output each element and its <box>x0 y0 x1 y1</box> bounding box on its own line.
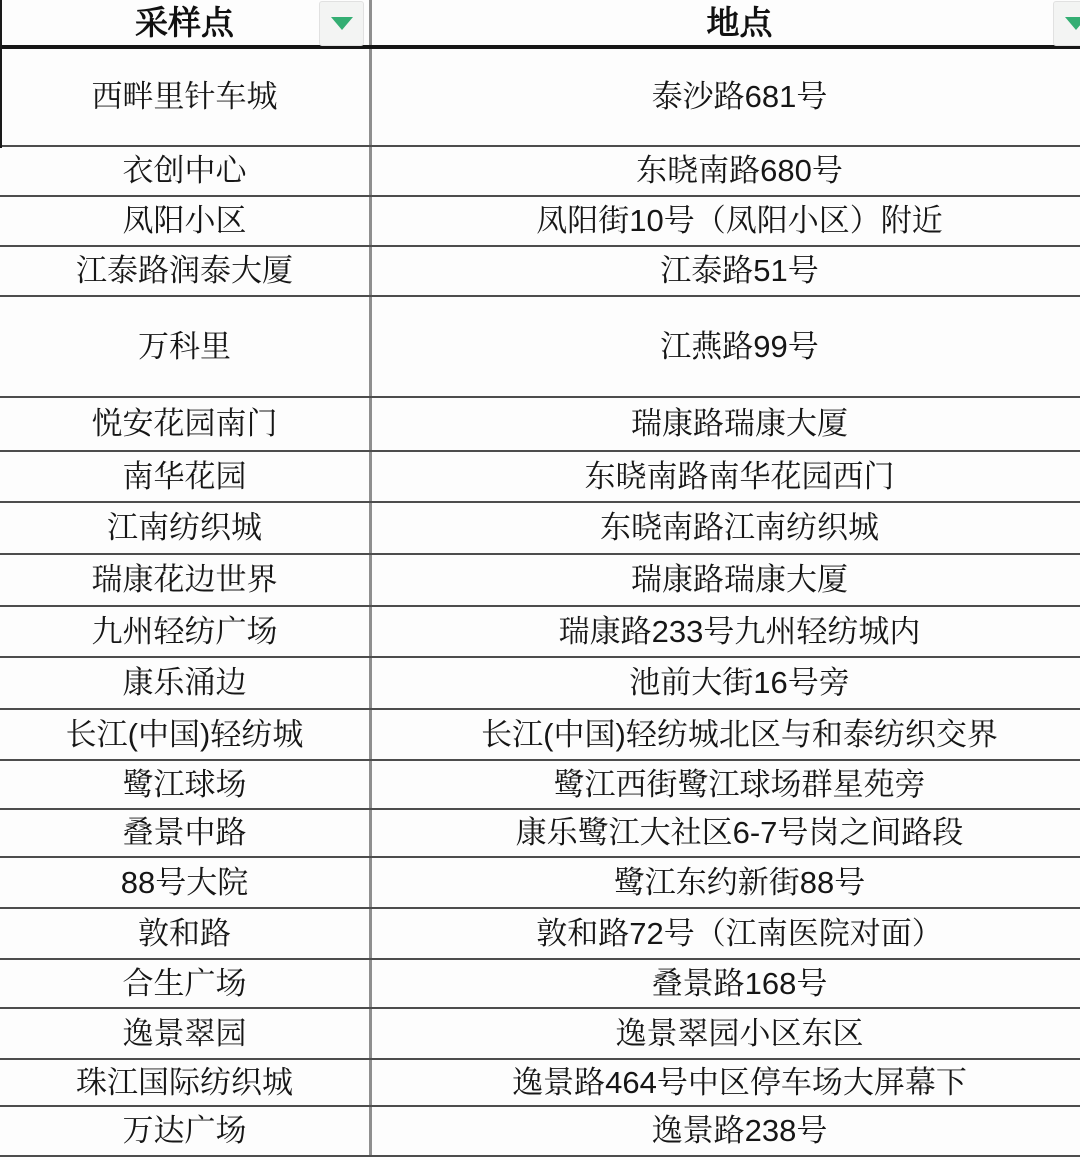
spreadsheet-viewport: 采样点 地点 西畔里针车城 泰沙路681号 衣创中心 东晓南路68 <box>0 0 1080 1160</box>
sampling-point-text: 瑞康花边世界 <box>92 562 278 598</box>
location-text: 东晓南路江南纺织城 <box>600 510 879 546</box>
location-cell[interactable]: 瑞康路瑞康大厦 <box>369 555 1080 605</box>
table-row: 西畔里针车城 泰沙路681号 <box>0 49 1080 147</box>
sampling-point-text: 西畔里针车城 <box>92 79 278 115</box>
location-cell[interactable]: 东晓南路南华花园西门 <box>369 452 1080 501</box>
sampling-point-cell[interactable]: 鹭江球场 <box>0 761 369 808</box>
location-text: 凤阳街10号（凤阳小区）附近 <box>536 203 942 239</box>
header-cell-location[interactable]: 地点 <box>369 0 1080 45</box>
location-text: 池前大街16号旁 <box>629 665 849 701</box>
location-cell[interactable]: 逸景翠园小区东区 <box>369 1009 1080 1058</box>
sampling-point-text: 敦和路 <box>138 916 231 952</box>
sampling-point-text: 珠江国际纺织城 <box>76 1065 293 1101</box>
table-row: 瑞康花边世界 瑞康路瑞康大厦 <box>0 555 1080 607</box>
filter-dropdown-button-location[interactable] <box>1053 1 1080 46</box>
location-text: 瑞康路瑞康大厦 <box>631 406 848 442</box>
sampling-point-cell[interactable]: 康乐涌边 <box>0 658 369 708</box>
table-row: 88号大院 鹭江东约新街88号 <box>0 858 1080 909</box>
table-header-row: 采样点 地点 <box>0 0 1080 49</box>
sampling-point-cell[interactable]: 西畔里针车城 <box>0 49 369 145</box>
column-header-label-location: 地点 <box>707 4 773 42</box>
location-text: 鹭江西街鹭江球场群星苑旁 <box>554 767 926 803</box>
location-text: 逸景路464号中区停车场大屏幕下 <box>512 1065 967 1101</box>
sampling-points-table: 采样点 地点 西畔里针车城 泰沙路681号 衣创中心 东晓南路68 <box>0 0 1080 1157</box>
sampling-point-cell[interactable]: 长江(中国)轻纺城 <box>0 710 369 759</box>
sampling-point-cell[interactable]: 凤阳小区 <box>0 197 369 245</box>
location-cell[interactable]: 叠景路168号 <box>369 960 1080 1007</box>
location-text: 泰沙路681号 <box>652 79 828 115</box>
table-row: 鹭江球场 鹭江西街鹭江球场群星苑旁 <box>0 761 1080 810</box>
filter-dropdown-button-sampling-point[interactable] <box>319 1 364 46</box>
sampling-point-text: 万达广场 <box>123 1113 247 1149</box>
sampling-point-text: 南华花园 <box>123 459 247 495</box>
table-row: 九州轻纺广场 瑞康路233号九州轻纺城内 <box>0 607 1080 658</box>
table-left-border <box>0 0 2 148</box>
location-cell[interactable]: 敦和路72号（江南医院对面） <box>369 909 1080 958</box>
table-row: 江泰路润泰大厦 江泰路51号 <box>0 247 1080 297</box>
sampling-point-text: 鹭江球场 <box>123 767 247 803</box>
sampling-point-text: 九州轻纺广场 <box>92 614 278 650</box>
sampling-point-text: 长江(中国)轻纺城 <box>66 717 304 753</box>
sampling-point-text: 叠景中路 <box>123 815 247 851</box>
sampling-point-cell[interactable]: 悦安花园南门 <box>0 398 369 450</box>
sampling-point-cell[interactable]: 88号大院 <box>0 858 369 907</box>
sampling-point-text: 衣创中心 <box>123 153 247 189</box>
location-text: 逸景路238号 <box>652 1113 828 1149</box>
sampling-point-cell[interactable]: 江泰路润泰大厦 <box>0 247 369 295</box>
sampling-point-text: 悦安花园南门 <box>92 406 278 442</box>
sampling-point-cell[interactable]: 瑞康花边世界 <box>0 555 369 605</box>
table-body: 西畔里针车城 泰沙路681号 衣创中心 东晓南路680号 凤阳小区 凤阳街10号… <box>0 49 1080 1157</box>
location-cell[interactable]: 鹭江东约新街88号 <box>369 858 1080 907</box>
sampling-point-text: 凤阳小区 <box>123 203 247 239</box>
table-row: 万科里 江燕路99号 <box>0 297 1080 398</box>
table-row: 悦安花园南门 瑞康路瑞康大厦 <box>0 398 1080 452</box>
table-row: 逸景翠园 逸景翠园小区东区 <box>0 1009 1080 1060</box>
location-cell[interactable]: 江燕路99号 <box>369 297 1080 396</box>
column-header-label-sampling-point: 采样点 <box>135 4 234 42</box>
sampling-point-cell[interactable]: 衣创中心 <box>0 147 369 195</box>
sampling-point-text: 万科里 <box>138 329 231 365</box>
sampling-point-cell[interactable]: 万达广场 <box>0 1107 369 1155</box>
table-row: 珠江国际纺织城 逸景路464号中区停车场大屏幕下 <box>0 1060 1080 1107</box>
sampling-point-text: 逸景翠园 <box>123 1016 247 1052</box>
location-cell[interactable]: 东晓南路江南纺织城 <box>369 503 1080 553</box>
location-text: 东晓南路680号 <box>636 153 843 189</box>
location-cell[interactable]: 江泰路51号 <box>369 247 1080 295</box>
sampling-point-text: 江南纺织城 <box>107 510 262 546</box>
location-text: 叠景路168号 <box>652 966 828 1002</box>
sampling-point-cell[interactable]: 江南纺织城 <box>0 503 369 553</box>
sampling-point-cell[interactable]: 合生广场 <box>0 960 369 1007</box>
sampling-point-text: 江泰路润泰大厦 <box>76 253 293 289</box>
location-cell[interactable]: 逸景路238号 <box>369 1107 1080 1155</box>
sampling-point-cell[interactable]: 敦和路 <box>0 909 369 958</box>
location-cell[interactable]: 逸景路464号中区停车场大屏幕下 <box>369 1060 1080 1105</box>
sampling-point-text: 合生广场 <box>123 966 247 1002</box>
location-text: 江泰路51号 <box>660 253 818 289</box>
filter-dropdown-icon <box>331 17 353 30</box>
location-cell[interactable]: 泰沙路681号 <box>369 49 1080 145</box>
sampling-point-cell[interactable]: 万科里 <box>0 297 369 396</box>
table-row: 凤阳小区 凤阳街10号（凤阳小区）附近 <box>0 197 1080 247</box>
location-cell[interactable]: 鹭江西街鹭江球场群星苑旁 <box>369 761 1080 808</box>
location-cell[interactable]: 瑞康路瑞康大厦 <box>369 398 1080 450</box>
table-row: 南华花园 东晓南路南华花园西门 <box>0 452 1080 503</box>
location-text: 鹭江东约新街88号 <box>614 865 865 901</box>
table-row: 长江(中国)轻纺城 长江(中国)轻纺城北区与和泰纺织交界 <box>0 710 1080 761</box>
table-row: 江南纺织城 东晓南路江南纺织城 <box>0 503 1080 555</box>
location-text: 长江(中国)轻纺城北区与和泰纺织交界 <box>481 717 998 753</box>
sampling-point-cell[interactable]: 南华花园 <box>0 452 369 501</box>
location-text: 敦和路72号（江南医院对面） <box>536 916 942 952</box>
location-cell[interactable]: 长江(中国)轻纺城北区与和泰纺织交界 <box>369 710 1080 759</box>
sampling-point-text: 康乐涌边 <box>123 665 247 701</box>
filter-dropdown-icon <box>1065 17 1080 30</box>
location-text: 东晓南路南华花园西门 <box>585 459 895 495</box>
location-cell[interactable]: 凤阳街10号（凤阳小区）附近 <box>369 197 1080 245</box>
sampling-point-cell[interactable]: 九州轻纺广场 <box>0 607 369 656</box>
location-text: 江燕路99号 <box>660 329 818 365</box>
location-text: 逸景翠园小区东区 <box>616 1016 864 1052</box>
table-row: 敦和路 敦和路72号（江南医院对面） <box>0 909 1080 960</box>
location-cell[interactable]: 东晓南路680号 <box>369 147 1080 195</box>
location-text: 瑞康路233号九州轻纺城内 <box>559 614 921 650</box>
table-row: 万达广场 逸景路238号 <box>0 1107 1080 1157</box>
location-cell[interactable]: 康乐鹭江大社区6-7号岗之间路段 <box>369 810 1080 856</box>
location-cell[interactable]: 瑞康路233号九州轻纺城内 <box>369 607 1080 656</box>
location-text: 瑞康路瑞康大厦 <box>631 562 848 598</box>
table-row: 合生广场 叠景路168号 <box>0 960 1080 1009</box>
location-cell[interactable]: 池前大街16号旁 <box>369 658 1080 708</box>
location-text: 康乐鹭江大社区6-7号岗之间路段 <box>516 815 964 851</box>
table-row: 康乐涌边 池前大街16号旁 <box>0 658 1080 710</box>
sampling-point-cell[interactable]: 珠江国际纺织城 <box>0 1060 369 1105</box>
sampling-point-cell[interactable]: 叠景中路 <box>0 810 369 856</box>
header-cell-sampling-point[interactable]: 采样点 <box>0 0 369 45</box>
sampling-point-text: 88号大院 <box>121 865 248 901</box>
table-row: 衣创中心 东晓南路680号 <box>0 147 1080 197</box>
table-row: 叠景中路 康乐鹭江大社区6-7号岗之间路段 <box>0 810 1080 858</box>
sampling-point-cell[interactable]: 逸景翠园 <box>0 1009 369 1058</box>
